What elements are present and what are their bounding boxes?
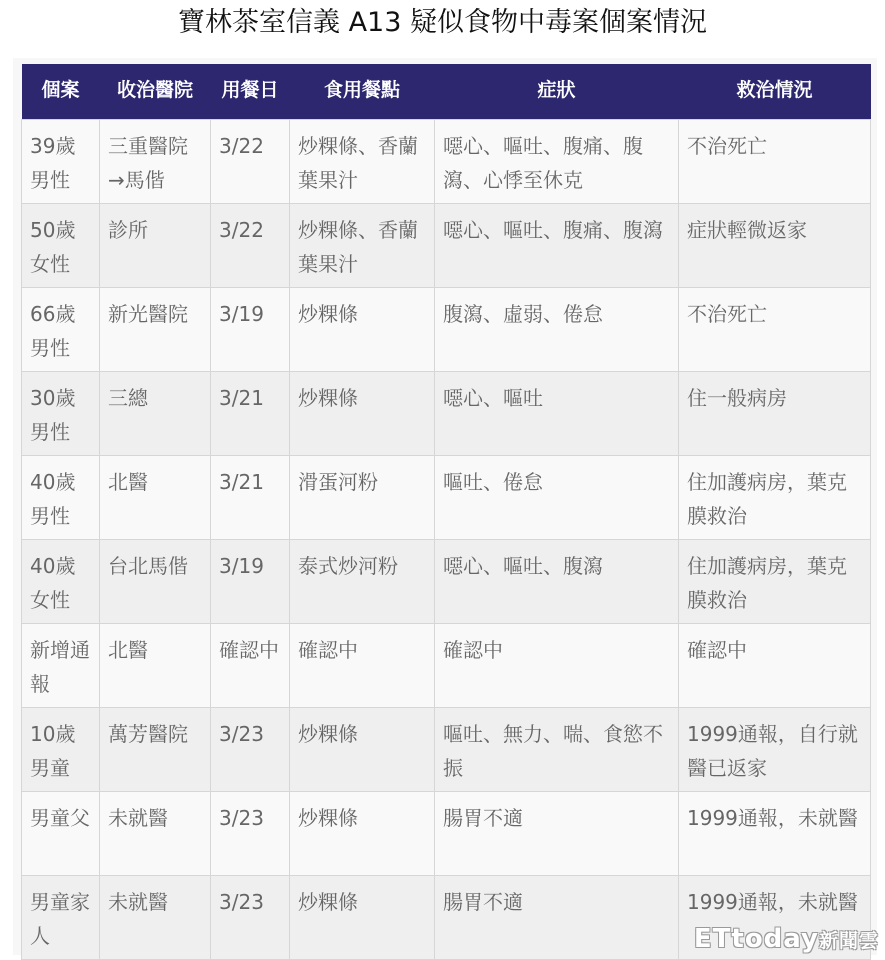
cell-meal: 炒粿條 xyxy=(290,372,435,456)
table-row: 新增通報 北醫 確認中 確認中 確認中 確認中 xyxy=(22,624,871,708)
cell-meal-date: 確認中 xyxy=(211,624,290,708)
cell-symptoms: 腹瀉、虛弱、倦怠 xyxy=(435,288,679,372)
cell-treatment: 住一般病房 xyxy=(679,372,871,456)
cell-symptoms: 嘔吐、倦怠 xyxy=(435,456,679,540)
watermark-suffix: 新聞雲 xyxy=(819,930,879,952)
cell-symptoms: 嘔吐、無力、喘、食慾不振 xyxy=(435,708,679,792)
cell-hospital: 未就醫 xyxy=(100,792,211,876)
table-row: 40歲男性 北醫 3/21 滑蛋河粉 嘔吐、倦怠 住加護病房，葉克膜救治 xyxy=(22,456,871,540)
cell-meal: 炒粿條、香蘭葉果汁 xyxy=(290,204,435,288)
cell-hospital: 北醫 xyxy=(100,456,211,540)
cell-meal-date: 3/22 xyxy=(211,204,290,288)
cell-hospital: 三總 xyxy=(100,372,211,456)
cell-treatment: 1999通報，未就醫 xyxy=(679,792,871,876)
cell-meal-date: 3/19 xyxy=(211,540,290,624)
cell-case: 66歲男性 xyxy=(22,288,100,372)
cell-case: 40歲男性 xyxy=(22,456,100,540)
cell-symptoms: 腸胃不適 xyxy=(435,792,679,876)
cell-symptoms: 噁心、嘔吐 xyxy=(435,372,679,456)
table-row: 10歲男童 萬芳醫院 3/23 炒粿條 嘔吐、無力、喘、食慾不振 1999通報，… xyxy=(22,708,871,792)
cell-hospital: 未就醫 xyxy=(100,876,211,960)
table-row: 50歲女性 診所 3/22 炒粿條、香蘭葉果汁 噁心、嘔吐、腹痛、腹瀉 症狀輕微… xyxy=(22,204,871,288)
cell-meal-date: 3/23 xyxy=(211,792,290,876)
table-row: 男童父 未就醫 3/23 炒粿條 腸胃不適 1999通報，未就醫 xyxy=(22,792,871,876)
cell-case: 10歲男童 xyxy=(22,708,100,792)
table-row: 40歲女性 台北馬偕 3/19 泰式炒河粉 噁心、嘔吐、腹瀉 住加護病房，葉克膜… xyxy=(22,540,871,624)
cell-treatment: 不治死亡 xyxy=(679,120,871,204)
cell-meal-date: 3/19 xyxy=(211,288,290,372)
cell-meal: 炒粿條 xyxy=(290,792,435,876)
cell-meal-date: 3/22 xyxy=(211,120,290,204)
cell-symptoms: 噁心、嘔吐、腹痛、腹瀉 xyxy=(435,204,679,288)
cell-hospital: 台北馬偕 xyxy=(100,540,211,624)
cell-meal: 炒粿條 xyxy=(290,708,435,792)
cell-treatment: 住加護病房，葉克膜救治 xyxy=(679,456,871,540)
cell-treatment: 住加護病房，葉克膜救治 xyxy=(679,540,871,624)
cell-case: 50歲女性 xyxy=(22,204,100,288)
cell-meal-date: 3/21 xyxy=(211,372,290,456)
cell-meal: 炒粿條 xyxy=(290,876,435,960)
cell-meal: 滑蛋河粉 xyxy=(290,456,435,540)
cell-case: 男童父 xyxy=(22,792,100,876)
cell-meal-date: 3/21 xyxy=(211,456,290,540)
cases-table: 個案 收治醫院 用餐日 食用餐點 症狀 救治情況 39歲男性 三重醫院→馬偕 3… xyxy=(21,64,871,960)
cell-case: 39歲男性 xyxy=(22,120,100,204)
column-header-meal: 食用餐點 xyxy=(290,64,435,120)
cell-meal: 炒粿條 xyxy=(290,288,435,372)
cell-meal-date: 3/23 xyxy=(211,708,290,792)
cell-hospital: 新光醫院 xyxy=(100,288,211,372)
cell-case: 40歲女性 xyxy=(22,540,100,624)
cell-hospital: 三重醫院→馬偕 xyxy=(100,120,211,204)
watermark-brand: ETtoday xyxy=(694,924,819,954)
column-header-meal-date: 用餐日 xyxy=(211,64,290,120)
cell-treatment: 1999通報，自行就醫已返家 xyxy=(679,708,871,792)
cell-case: 30歲男性 xyxy=(22,372,100,456)
cell-meal: 泰式炒河粉 xyxy=(290,540,435,624)
cell-symptoms: 確認中 xyxy=(435,624,679,708)
column-header-case: 個案 xyxy=(22,64,100,120)
column-header-hospital: 收治醫院 xyxy=(100,64,211,120)
table-row: 66歲男性 新光醫院 3/19 炒粿條 腹瀉、虛弱、倦怠 不治死亡 xyxy=(22,288,871,372)
cell-hospital: 北醫 xyxy=(100,624,211,708)
cell-symptoms: 噁心、嘔吐、腹痛、腹瀉、心悸至休克 xyxy=(435,120,679,204)
cell-meal: 確認中 xyxy=(290,624,435,708)
table-header-row: 個案 收治醫院 用餐日 食用餐點 症狀 救治情況 xyxy=(22,64,871,120)
cell-meal: 炒粿條、香蘭葉果汁 xyxy=(290,120,435,204)
column-header-symptoms: 症狀 xyxy=(435,64,679,120)
cell-treatment: 症狀輕微返家 xyxy=(679,204,871,288)
cell-symptoms: 噁心、嘔吐、腹瀉 xyxy=(435,540,679,624)
cell-case: 新增通報 xyxy=(22,624,100,708)
page-title: 寶林茶室信義 A13 疑似食物中毒案個案情況 xyxy=(0,4,885,42)
table-row: 39歲男性 三重醫院→馬偕 3/22 炒粿條、香蘭葉果汁 噁心、嘔吐、腹痛、腹瀉… xyxy=(22,120,871,204)
cell-case: 男童家人 xyxy=(22,876,100,960)
cell-treatment: 不治死亡 xyxy=(679,288,871,372)
cell-hospital: 診所 xyxy=(100,204,211,288)
cell-hospital: 萬芳醫院 xyxy=(100,708,211,792)
cell-meal-date: 3/23 xyxy=(211,876,290,960)
cell-treatment: 確認中 xyxy=(679,624,871,708)
cell-symptoms: 腸胃不適 xyxy=(435,876,679,960)
column-header-treatment: 救治情況 xyxy=(679,64,871,120)
ettoday-watermark-logo: ETtoday新聞雲 xyxy=(694,924,879,956)
table-row: 30歲男性 三總 3/21 炒粿條 噁心、嘔吐 住一般病房 xyxy=(22,372,871,456)
